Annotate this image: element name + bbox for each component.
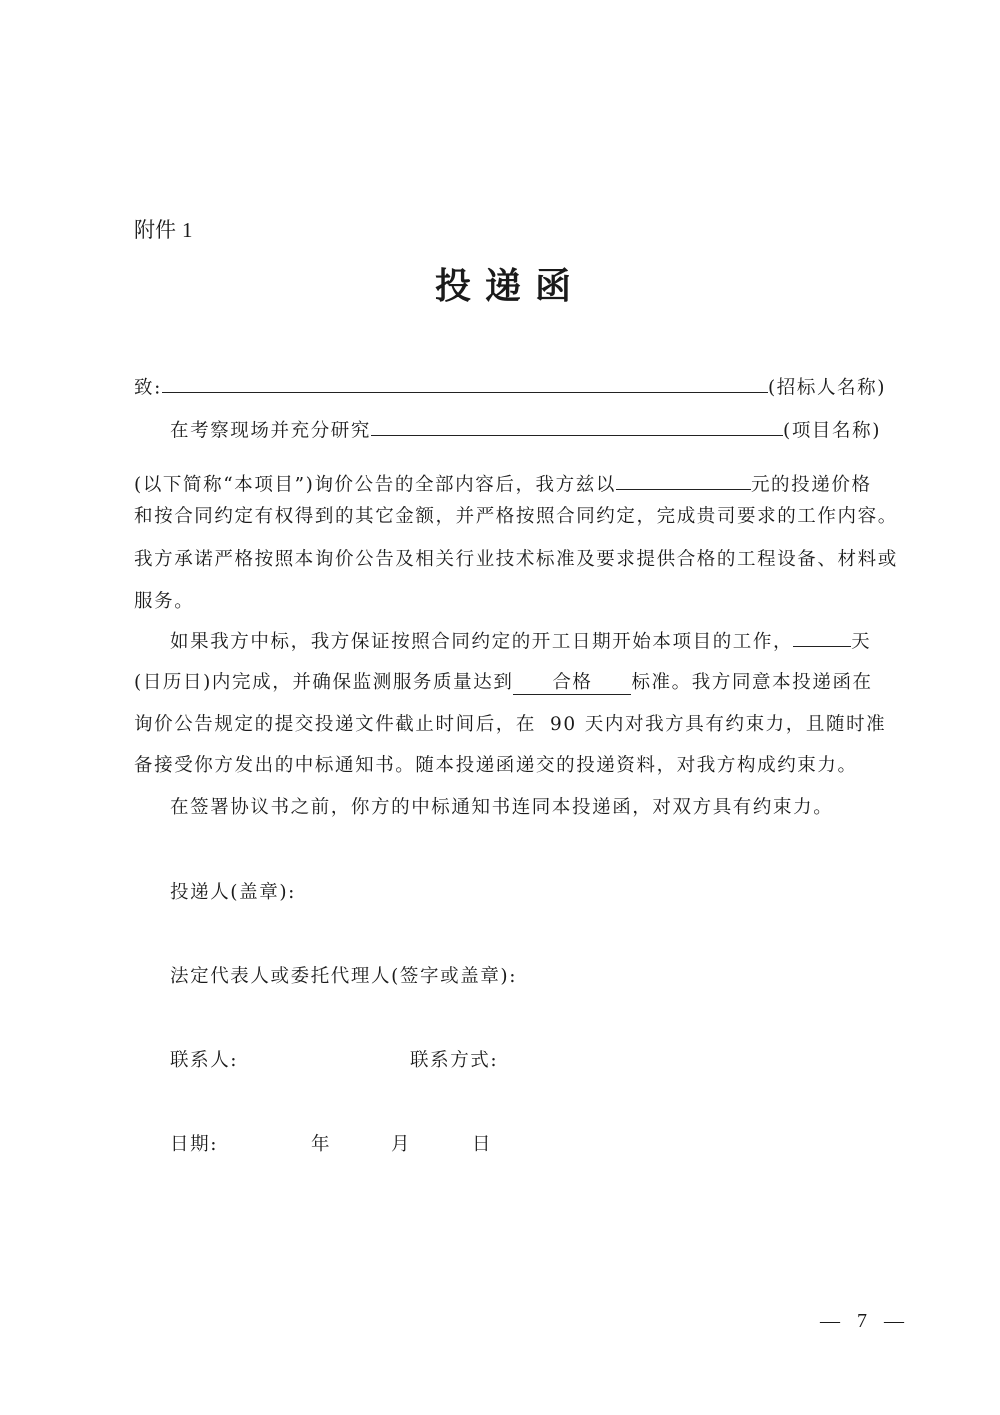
p2-line2-text: (日历日)内完成，并确保监测服务质量达到 — [134, 672, 513, 693]
p1-line5: 服务。 — [134, 587, 194, 613]
recipient-hint: (招标人名称) — [768, 377, 886, 398]
p2-line3-suffix: 天内对我方具有约束力，且随时准 — [585, 714, 887, 735]
p2-line1: 如果我方中标，我方保证按照合同约定的开工日期开始本项目的工作，天 — [170, 626, 871, 653]
p2-line1-text: 如果我方中标，我方保证按照合同约定的开工日期开始本项目的工作， — [170, 631, 793, 652]
bidder-stamp-label: 投递人(盖章): — [170, 878, 296, 904]
attachment-text: 附件 — [134, 218, 176, 242]
month-label: 月 — [391, 1130, 411, 1156]
attachment-number: 1 — [182, 218, 193, 242]
representative-signature-label: 法定代表人或委托代理人(签字或盖章): — [170, 962, 517, 988]
date-label: 日期: — [170, 1130, 218, 1156]
p3-line1: 在签署协议书之前，你方的中标通知书连同本投递函，对双方具有约束力。 — [170, 793, 833, 819]
to-line: 致:(招标人名称) — [134, 372, 886, 399]
p2-line4: 备接受你方发出的中标通知书。随本投递函递交的投递资料，对我方构成约束力。 — [134, 751, 858, 777]
days-blank[interactable] — [793, 626, 851, 647]
p2-line2-suffix: 标准。我方同意本投递函在 — [631, 672, 872, 693]
p1-line2: (以下简称“本项目”)询价公告的全部内容后，我方兹以元的投递价格 — [134, 469, 872, 496]
contact-method-label: 联系方式: — [410, 1046, 498, 1072]
p2-line3-text: 询价公告规定的提交投递文件截止时间后，在 — [134, 714, 536, 735]
quality-standard-field[interactable]: 合格 — [513, 668, 631, 695]
p1-line1-text: 在考察现场并充分研究 — [170, 420, 371, 441]
p2-line2: (日历日)内完成，并确保监测服务质量达到合格标准。我方同意本投递函在 — [134, 668, 873, 695]
to-label: 致: — [134, 377, 162, 398]
p1-line3: 和按合同约定有权得到的其它金额，并严格按照合同约定，完成贵司要求的工作内容。 — [134, 502, 898, 528]
project-name-blank[interactable] — [371, 415, 783, 436]
days-suffix: 天 — [851, 631, 871, 652]
validity-days: 90 — [550, 714, 577, 735]
year-label: 年 — [311, 1130, 331, 1156]
price-suffix: 元的投递价格 — [751, 474, 872, 495]
p1-line4: 我方承诺严格按照本询价公告及相关行业技术标准及要求提供合格的工程设备、材料或 — [134, 545, 898, 571]
attachment-label: 附件1 — [134, 214, 193, 244]
day-label: 日 — [472, 1130, 492, 1156]
recipient-blank[interactable] — [162, 372, 768, 393]
price-blank[interactable] — [616, 469, 751, 490]
contact-person-label: 联系人: — [170, 1046, 238, 1072]
document-title: 投递函 — [0, 258, 1000, 309]
p1-line1: 在考察现场并充分研究(项目名称) — [170, 415, 881, 442]
p1-line2-text: (以下简称“本项目”)询价公告的全部内容后，我方兹以 — [134, 474, 616, 495]
project-name-hint: (项目名称) — [783, 420, 881, 441]
p2-line3: 询价公告规定的提交投递文件截止时间后，在90天内对我方具有约束力，且随时准 — [134, 710, 886, 736]
page-number: — 7 — — [820, 1310, 910, 1333]
